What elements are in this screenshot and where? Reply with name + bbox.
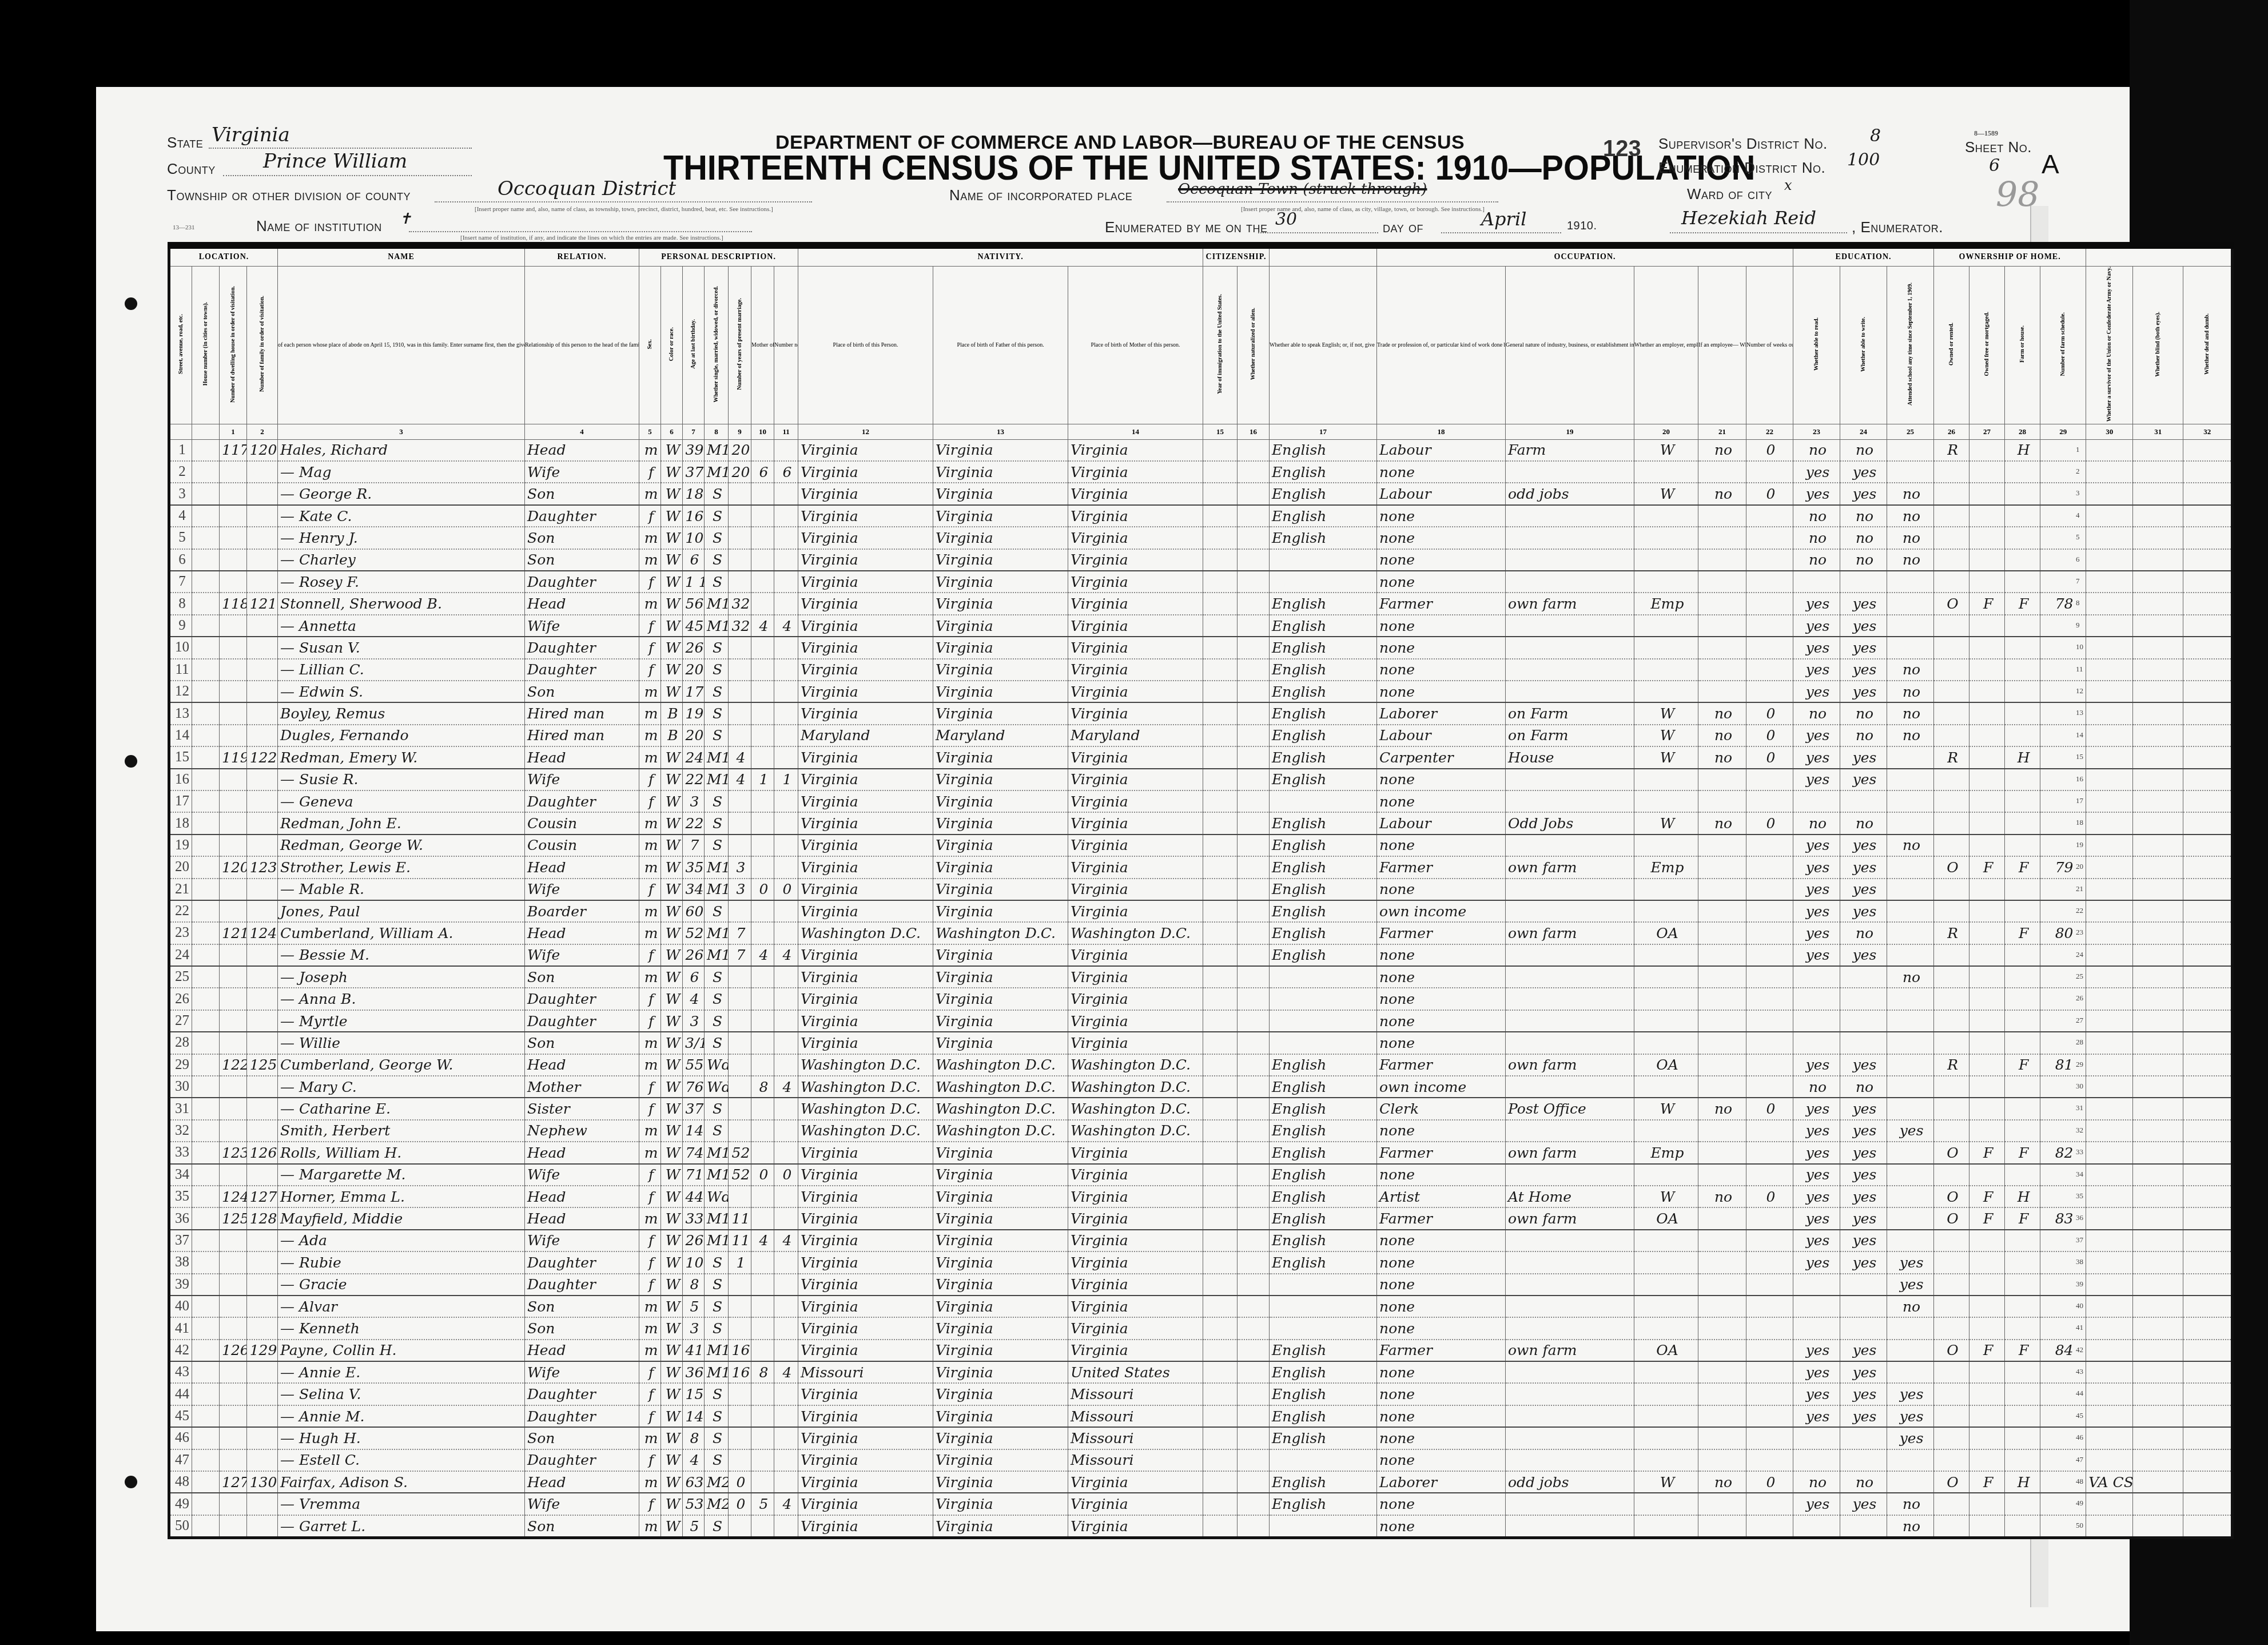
cell-out-of-work: no bbox=[1698, 725, 1746, 746]
cell-school bbox=[1887, 1164, 1934, 1186]
cell-birth: Virginia bbox=[798, 461, 933, 483]
cell-farm-house bbox=[2005, 549, 2040, 571]
cell-class: OA bbox=[1634, 1207, 1698, 1229]
cell-english bbox=[1270, 1449, 1377, 1471]
cell-english: English bbox=[1270, 681, 1377, 702]
cell-father-birth: Virginia bbox=[933, 1340, 1068, 1361]
cell-race: B bbox=[661, 702, 683, 724]
cell-marital: M2 bbox=[705, 1493, 729, 1515]
cell-farm-house: F bbox=[2005, 1340, 2040, 1361]
table-row: 41— KennethSonmW3SVirginiaVirginiaVirgin… bbox=[169, 1317, 2233, 1339]
cell-write bbox=[1840, 1010, 1887, 1032]
column-number: 20 bbox=[1634, 424, 1698, 439]
state-line bbox=[209, 148, 472, 149]
cell-owned: O bbox=[1934, 1471, 1969, 1493]
column-number: 5 bbox=[639, 424, 661, 439]
table-row: 38— RubieDaughterfW10S1VirginiaVirginiaV… bbox=[169, 1251, 2233, 1273]
cell-birth: Virginia bbox=[798, 835, 933, 856]
cell-weeks-out bbox=[1746, 1515, 1793, 1538]
column-header-0: Street, avenue, road, etc. bbox=[169, 267, 192, 424]
cell-living bbox=[774, 571, 798, 593]
cell-name: — Kenneth bbox=[278, 1317, 525, 1339]
cell-born bbox=[751, 1142, 774, 1163]
cell-years-married: 32 bbox=[729, 593, 751, 614]
cell-class: Emp bbox=[1634, 593, 1698, 614]
cell-out-of-work bbox=[1698, 505, 1746, 527]
cell-sex: f bbox=[639, 1493, 661, 1515]
cell-living bbox=[774, 922, 798, 944]
cell-write: yes bbox=[1840, 1230, 1887, 1251]
cell-trade: none bbox=[1377, 988, 1506, 1010]
cell-out-of-work bbox=[1698, 1010, 1746, 1032]
group-location: LOCATION. bbox=[169, 245, 278, 267]
right-line-number: 35 bbox=[2076, 1191, 2083, 1201]
cell-veteran bbox=[2086, 944, 2133, 966]
cell-veteran bbox=[2086, 593, 2133, 614]
cell-write: yes bbox=[1840, 1098, 1887, 1119]
binder-hole bbox=[125, 297, 137, 310]
cell-weeks-out bbox=[1746, 659, 1793, 681]
cell-english: English bbox=[1270, 1251, 1377, 1273]
county-value: Prince William bbox=[263, 150, 407, 173]
cell-veteran bbox=[2086, 1251, 2133, 1273]
cell-write: yes bbox=[1840, 746, 1887, 768]
cell-trade: none bbox=[1377, 1164, 1506, 1186]
column-header-8: Age at last birthday. bbox=[683, 267, 705, 424]
cell-name: — Annie M. bbox=[278, 1405, 525, 1427]
cell-english bbox=[1270, 790, 1377, 812]
cell-name: — Margarette M. bbox=[278, 1164, 525, 1186]
cell-family bbox=[247, 615, 278, 637]
cell-naturalized bbox=[1238, 1251, 1270, 1273]
cell-birth: Virginia bbox=[798, 966, 933, 988]
cell-birth: Virginia bbox=[798, 1251, 933, 1273]
table-row: 32Smith, HerbertNephewmW14SWashington D.… bbox=[169, 1120, 2233, 1142]
cell-weeks-out bbox=[1746, 593, 1793, 614]
cell-born bbox=[751, 1383, 774, 1405]
cell-relation: Daughter bbox=[525, 1010, 639, 1032]
cell-name: — Joseph bbox=[278, 966, 525, 988]
cell-blind bbox=[2133, 483, 2183, 504]
cell-blind bbox=[2133, 461, 2183, 483]
cell-house bbox=[192, 944, 220, 966]
cell-living: 0 bbox=[774, 879, 798, 900]
cell-years-married bbox=[729, 1098, 751, 1119]
cell-family bbox=[247, 1032, 278, 1054]
column-number: 25 bbox=[1887, 424, 1934, 439]
cell-marital: Wd bbox=[705, 1076, 729, 1098]
column-header-label: Number of family in order of visitation. bbox=[259, 296, 266, 392]
cell-owned bbox=[1934, 527, 1969, 549]
cell-out-of-work bbox=[1698, 1493, 1746, 1515]
cell-naturalized bbox=[1238, 571, 1270, 593]
cell-school: no bbox=[1887, 1515, 1934, 1538]
column-number bbox=[192, 424, 220, 439]
cell-marital: S bbox=[705, 966, 729, 988]
right-line-number: 11 bbox=[2076, 665, 2083, 674]
cell-father-birth: Virginia bbox=[933, 944, 1068, 966]
line-number: 48 bbox=[169, 1471, 192, 1493]
cell-immigration bbox=[1203, 1207, 1238, 1229]
table-row: 19Redman, George W.CousinmW7SVirginiaVir… bbox=[169, 835, 2233, 856]
cell-dwelling bbox=[220, 1010, 247, 1032]
column-header-label: Whether able to write. bbox=[1860, 317, 1867, 372]
cell-trade: none bbox=[1377, 1383, 1506, 1405]
cell-naturalized bbox=[1238, 769, 1270, 790]
cell-family bbox=[247, 527, 278, 549]
column-number: 28 bbox=[2005, 424, 2040, 439]
right-line-number: 8 bbox=[2076, 598, 2080, 607]
cell-owned: O bbox=[1934, 1186, 1969, 1207]
right-line-number: 2 bbox=[2076, 467, 2080, 476]
cell-farm-house bbox=[2005, 944, 2040, 966]
column-header-5: Relationship of this person to the head … bbox=[525, 267, 639, 424]
cell-write bbox=[1840, 571, 1887, 593]
column-number: 18 bbox=[1377, 424, 1506, 439]
corner-code: 13—231 bbox=[173, 224, 195, 231]
cell-dwelling bbox=[220, 571, 247, 593]
cell-living bbox=[774, 439, 798, 461]
cell-father-birth: Virginia bbox=[933, 681, 1068, 702]
cell-mother-birth: Virginia bbox=[1068, 1142, 1203, 1163]
cell-weeks-out bbox=[1746, 1207, 1793, 1229]
cell-father-birth: Virginia bbox=[933, 1186, 1068, 1207]
cell-house bbox=[192, 1296, 220, 1317]
cell-blind bbox=[2133, 1207, 2183, 1229]
cell-blind bbox=[2133, 1230, 2183, 1251]
cell-owned bbox=[1934, 879, 1969, 900]
cell-race: W bbox=[661, 1515, 683, 1538]
cell-class bbox=[1634, 527, 1698, 549]
column-header-9: Whether single, married, widowed, or div… bbox=[705, 267, 729, 424]
cell-veteran bbox=[2086, 922, 2133, 944]
cell-free bbox=[1969, 637, 2005, 658]
cell-born: 1 bbox=[751, 769, 774, 790]
cell-years-married: 1 bbox=[729, 1251, 751, 1273]
cell-write: yes bbox=[1840, 1120, 1887, 1142]
cell-trade: none bbox=[1377, 790, 1506, 812]
cell-years-married bbox=[729, 505, 751, 527]
state-label: State bbox=[167, 134, 203, 152]
cell-write: no bbox=[1840, 527, 1887, 549]
cell-dwelling bbox=[220, 966, 247, 988]
cell-class: W bbox=[1634, 702, 1698, 724]
column-header-label: Owned or rented. bbox=[1948, 323, 1955, 365]
enumerated-label: Enumerated by me on the bbox=[1105, 218, 1267, 236]
cell-class bbox=[1634, 1120, 1698, 1142]
cell-dwelling: 123 bbox=[220, 1142, 247, 1163]
right-line-number: 23 bbox=[2076, 928, 2083, 937]
cell-living bbox=[774, 527, 798, 549]
cell-immigration bbox=[1203, 790, 1238, 812]
cell-class bbox=[1634, 1164, 1698, 1186]
cell-owned bbox=[1934, 812, 1969, 834]
cell-veteran bbox=[2086, 615, 2133, 637]
cell-weeks-out: 0 bbox=[1746, 1186, 1793, 1207]
cell-name: — Myrtle bbox=[278, 1010, 525, 1032]
cell-race: W bbox=[661, 1054, 683, 1076]
cell-living bbox=[774, 1120, 798, 1142]
cell-free bbox=[1969, 1098, 2005, 1119]
enumerator-label: , Enumerator. bbox=[1852, 218, 1943, 236]
cell-mother-birth: Virginia bbox=[1068, 769, 1203, 790]
cell-years-married: 0 bbox=[729, 1471, 751, 1493]
cell-house bbox=[192, 769, 220, 790]
cell-trade: none bbox=[1377, 1120, 1506, 1142]
cell-born bbox=[751, 1251, 774, 1273]
cell-years-married bbox=[729, 527, 751, 549]
cell-years-married: 4 bbox=[729, 769, 751, 790]
column-number: 16 bbox=[1238, 424, 1270, 439]
cell-school: no bbox=[1887, 702, 1934, 724]
cell-industry bbox=[1506, 900, 1634, 922]
line-number: 32 bbox=[169, 1120, 192, 1142]
cell-weeks-out: 0 bbox=[1746, 725, 1793, 746]
cell-veteran bbox=[2086, 1340, 2133, 1361]
cell-industry: own farm bbox=[1506, 593, 1634, 614]
cell-born bbox=[751, 1186, 774, 1207]
cell-immigration bbox=[1203, 1010, 1238, 1032]
cell-mother-birth: Virginia bbox=[1068, 1230, 1203, 1251]
cell-father-birth: Virginia bbox=[933, 1361, 1068, 1383]
cell-english: English bbox=[1270, 483, 1377, 504]
cell-name: — Hugh H. bbox=[278, 1427, 525, 1449]
cell-marital: M1 bbox=[705, 615, 729, 637]
cell-dwelling bbox=[220, 1317, 247, 1339]
cell-sex: m bbox=[639, 1340, 661, 1361]
cell-mother-birth: Virginia bbox=[1068, 1207, 1203, 1229]
cell-family bbox=[247, 1317, 278, 1339]
column-header-21: Whether an employer, employee, or workin… bbox=[1634, 267, 1698, 424]
cell-school bbox=[1887, 879, 1934, 900]
cell-father-birth: Virginia bbox=[933, 1230, 1068, 1251]
column-header-label: Whether single, married, widowed, or div… bbox=[713, 286, 720, 403]
cell-deaf bbox=[2183, 637, 2233, 658]
cell-veteran bbox=[2086, 461, 2133, 483]
cell-birth: Virginia bbox=[798, 944, 933, 966]
cell-deaf bbox=[2183, 593, 2233, 614]
cell-dwelling bbox=[220, 681, 247, 702]
cell-industry bbox=[1506, 615, 1634, 637]
cell-free: F bbox=[1969, 1186, 2005, 1207]
cell-race: W bbox=[661, 812, 683, 834]
cell-out-of-work bbox=[1698, 769, 1746, 790]
group-occupation: OCCUPATION. bbox=[1377, 245, 1793, 267]
cell-class bbox=[1634, 1076, 1698, 1098]
cell-weeks-out bbox=[1746, 1274, 1793, 1296]
cell-naturalized bbox=[1238, 746, 1270, 768]
cell-naturalized bbox=[1238, 1164, 1270, 1186]
cell-owned bbox=[1934, 1296, 1969, 1317]
cell-naturalized bbox=[1238, 944, 1270, 966]
cell-relation: Head bbox=[525, 1054, 639, 1076]
cell-class bbox=[1634, 966, 1698, 988]
column-number: 2 bbox=[247, 424, 278, 439]
cell-sex: f bbox=[639, 659, 661, 681]
cell-race: W bbox=[661, 1186, 683, 1207]
cell-industry: House bbox=[1506, 746, 1634, 768]
cell-blind bbox=[2133, 1296, 2183, 1317]
cell-marital: S bbox=[705, 1274, 729, 1296]
cell-born: 5 bbox=[751, 1493, 774, 1515]
cell-owned bbox=[1934, 1010, 1969, 1032]
cell-free bbox=[1969, 790, 2005, 812]
cell-living: 1 bbox=[774, 769, 798, 790]
cell-marital: Wd bbox=[705, 1186, 729, 1207]
cell-living bbox=[774, 505, 798, 527]
column-header-label: Whether able to speak English; or, if no… bbox=[1270, 342, 1377, 348]
cell-out-of-work bbox=[1698, 944, 1746, 966]
cell-born bbox=[751, 1032, 774, 1054]
cell-father-birth: Virginia bbox=[933, 1274, 1068, 1296]
cell-english bbox=[1270, 1032, 1377, 1054]
cell-veteran bbox=[2086, 549, 2133, 571]
cell-naturalized bbox=[1238, 790, 1270, 812]
enumeration-year: 1910. bbox=[1567, 220, 1597, 233]
cell-industry bbox=[1506, 1383, 1634, 1405]
cell-years-married bbox=[729, 637, 751, 658]
cell-relation: Head bbox=[525, 922, 639, 944]
cell-school bbox=[1887, 1340, 1934, 1361]
cell-born bbox=[751, 1515, 774, 1538]
cell-house bbox=[192, 856, 220, 878]
cell-out-of-work bbox=[1698, 790, 1746, 812]
cell-class: W bbox=[1634, 812, 1698, 834]
cell-read: yes bbox=[1793, 1054, 1840, 1076]
cell-name: Horner, Emma L. bbox=[278, 1186, 525, 1207]
cell-owned bbox=[1934, 1164, 1969, 1186]
right-line-number: 38 bbox=[2076, 1257, 2083, 1266]
cell-owned bbox=[1934, 1449, 1969, 1471]
cell-relation: Head bbox=[525, 1340, 639, 1361]
cell-blind bbox=[2133, 944, 2183, 966]
cell-immigration bbox=[1203, 1493, 1238, 1515]
cell-immigration bbox=[1203, 1251, 1238, 1273]
cell-marital: Wd bbox=[705, 1054, 729, 1076]
cell-weeks-out: 0 bbox=[1746, 746, 1793, 768]
cell-father-birth: Virginia bbox=[933, 856, 1068, 878]
cell-living bbox=[774, 549, 798, 571]
cell-family bbox=[247, 1010, 278, 1032]
cell-read: no bbox=[1793, 1076, 1840, 1098]
cell-house bbox=[192, 1010, 220, 1032]
cell-english bbox=[1270, 988, 1377, 1010]
cell-race: B bbox=[661, 725, 683, 746]
cell-farm-house bbox=[2005, 1449, 2040, 1471]
cell-family bbox=[247, 702, 278, 724]
cell-naturalized bbox=[1238, 1427, 1270, 1449]
cell-name: Cumberland, William A. bbox=[278, 922, 525, 944]
column-number: 30 bbox=[2086, 424, 2133, 439]
cell-english: English bbox=[1270, 1340, 1377, 1361]
cell-race: W bbox=[661, 615, 683, 637]
cell-sex: m bbox=[639, 439, 661, 461]
cell-blind bbox=[2133, 812, 2183, 834]
cell-living bbox=[774, 1010, 798, 1032]
cell-father-birth: Virginia bbox=[933, 483, 1068, 504]
cell-english: English bbox=[1270, 659, 1377, 681]
cell-blind bbox=[2133, 615, 2183, 637]
cell-owned bbox=[1934, 835, 1969, 856]
cell-birth: Virginia bbox=[798, 1207, 933, 1229]
cell-mother-birth: Virginia bbox=[1068, 966, 1203, 988]
cell-birth: Virginia bbox=[798, 790, 933, 812]
cell-birth: Washington D.C. bbox=[798, 1120, 933, 1142]
right-line-number: 39 bbox=[2076, 1280, 2083, 1289]
cell-living bbox=[774, 1427, 798, 1449]
cell-deaf bbox=[2183, 790, 2233, 812]
cell-veteran bbox=[2086, 483, 2133, 504]
cell-school bbox=[1887, 812, 1934, 834]
cell-free: F bbox=[1969, 856, 2005, 878]
cell-write: no bbox=[1840, 922, 1887, 944]
cell-born: 6 bbox=[751, 461, 774, 483]
cell-deaf bbox=[2183, 1449, 2233, 1471]
cell-family bbox=[247, 1361, 278, 1383]
cell-living bbox=[774, 1383, 798, 1405]
cell-marital: M1 bbox=[705, 1142, 729, 1163]
cell-age: 22 bbox=[683, 812, 705, 834]
cell-immigration bbox=[1203, 988, 1238, 1010]
right-line-number: 9 bbox=[2076, 621, 2080, 630]
cell-name: Redman, Emery W. bbox=[278, 746, 525, 768]
cell-deaf bbox=[2183, 1098, 2233, 1119]
cell-living bbox=[774, 1296, 798, 1317]
cell-weeks-out bbox=[1746, 769, 1793, 790]
cell-marital: S bbox=[705, 1010, 729, 1032]
cell-age: 3 bbox=[683, 1317, 705, 1339]
cell-sex: f bbox=[639, 790, 661, 812]
cell-industry bbox=[1506, 1515, 1634, 1538]
cell-free bbox=[1969, 483, 2005, 504]
cell-naturalized bbox=[1238, 505, 1270, 527]
cell-race: W bbox=[661, 1361, 683, 1383]
cell-immigration bbox=[1203, 746, 1238, 768]
cell-age: 10 bbox=[683, 1251, 705, 1273]
cell-mother-birth: Virginia bbox=[1068, 1493, 1203, 1515]
cell-free bbox=[1969, 1383, 2005, 1405]
cell-trade: none bbox=[1377, 1361, 1506, 1383]
cell-years-married: 20 bbox=[729, 461, 751, 483]
line-number: 1 bbox=[169, 439, 192, 461]
cell-naturalized bbox=[1238, 1361, 1270, 1383]
cell-years-married bbox=[729, 1515, 751, 1538]
cell-school bbox=[1887, 944, 1934, 966]
cell-age: 52 bbox=[683, 922, 705, 944]
cell-living bbox=[774, 988, 798, 1010]
cell-family: 130 bbox=[247, 1471, 278, 1493]
cell-birth: Virginia bbox=[798, 1032, 933, 1054]
county-line bbox=[223, 175, 472, 176]
table-row: 14Dugles, FernandoHired manmB20SMaryland… bbox=[169, 725, 2233, 746]
cell-trade: none bbox=[1377, 615, 1506, 637]
cell-school: no bbox=[1887, 966, 1934, 988]
column-header-label: Place of birth of this Person. bbox=[833, 342, 898, 348]
cell-weeks-out bbox=[1746, 1032, 1793, 1054]
cell-family bbox=[247, 1164, 278, 1186]
cell-family bbox=[247, 571, 278, 593]
cell-marital: S bbox=[705, 1427, 729, 1449]
cell-english: English bbox=[1270, 1076, 1377, 1098]
cell-read: yes bbox=[1793, 746, 1840, 768]
cell-sex: m bbox=[639, 1515, 661, 1538]
cell-immigration bbox=[1203, 1383, 1238, 1405]
cell-industry: on Farm bbox=[1506, 702, 1634, 724]
cell-birth: Washington D.C. bbox=[798, 1054, 933, 1076]
cell-race: W bbox=[661, 1427, 683, 1449]
cell-family bbox=[247, 1251, 278, 1273]
cell-age: 3 bbox=[683, 790, 705, 812]
